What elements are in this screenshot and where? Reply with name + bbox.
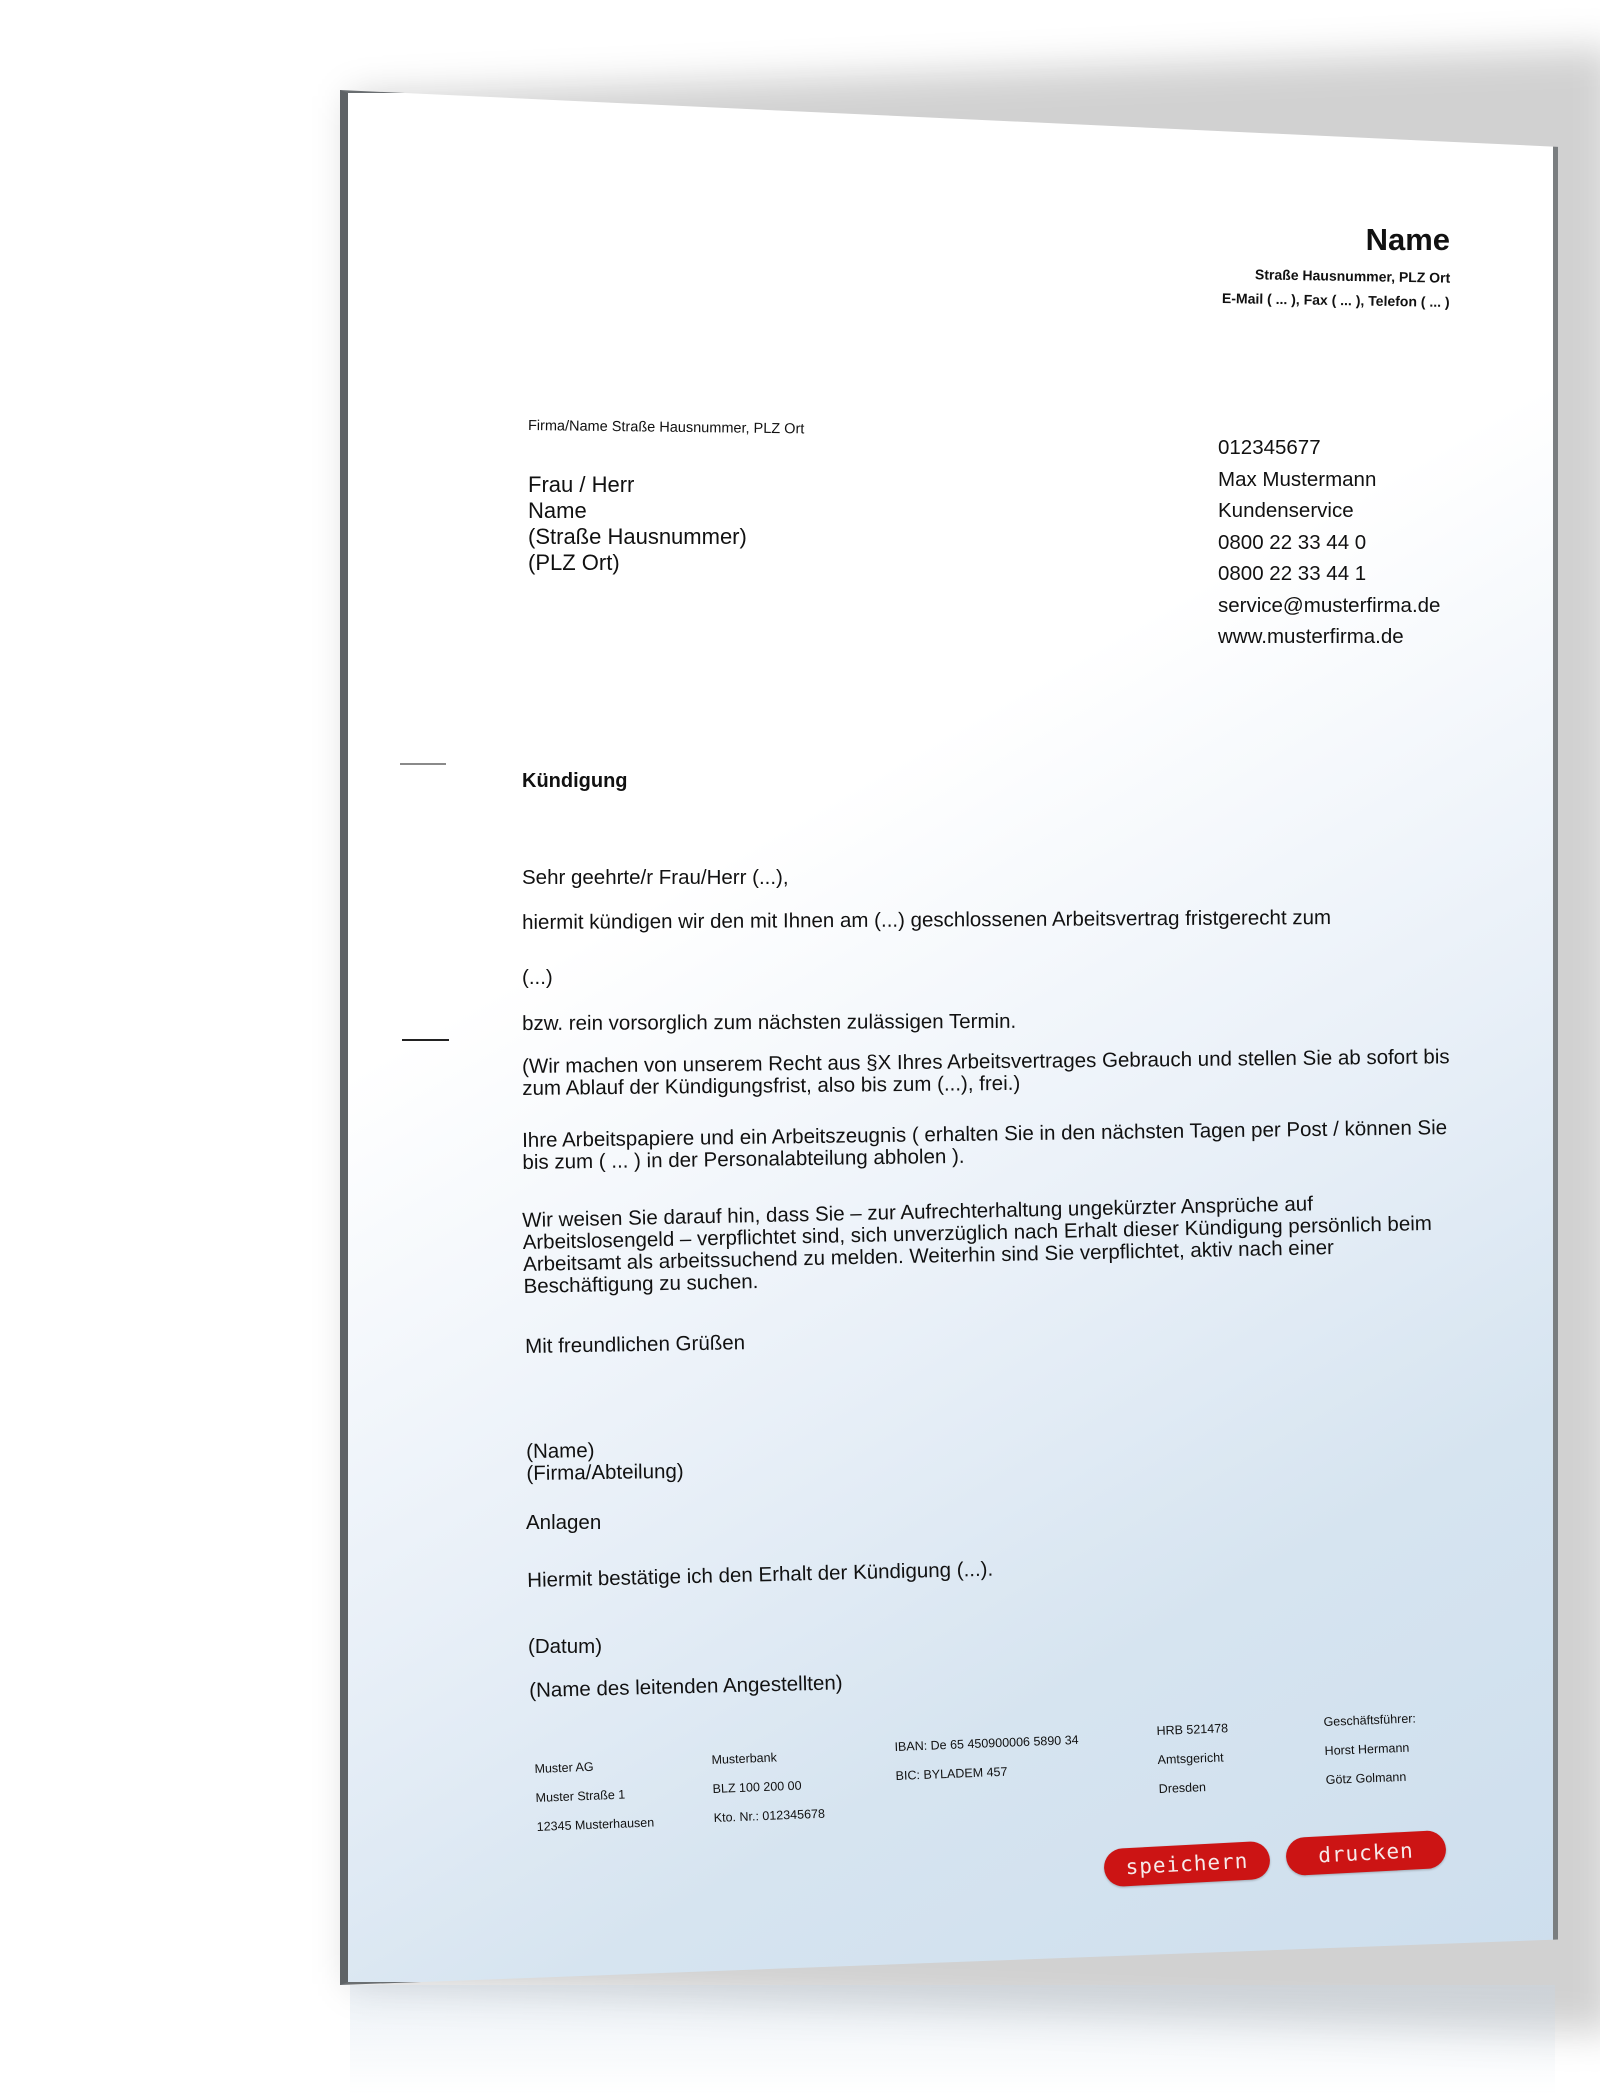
letter-subject: Kündigung (522, 770, 628, 793)
document-preview: Name Straße Hausnummer, PLZ Ort E-Mail (… (0, 0, 1600, 2100)
fold-mark (400, 763, 446, 765)
footer-management: Geschäftsführer: Horst Hermann Götz Golm… (1323, 1704, 1419, 1794)
footer-line: 12345 Musterhausen (536, 1808, 654, 1841)
footer-register: HRB 521478 Amtsgericht Dresden (1156, 1714, 1231, 1804)
body-paragraph: Wir weisen Sie darauf hin, dass Sie – zu… (522, 1191, 1433, 1298)
footer-line: Dresden (1158, 1772, 1231, 1804)
recipient-address: Frau / Herr Name (Straße Hausnummer) (PL… (528, 472, 747, 576)
save-button[interactable]: speichern (1103, 1841, 1271, 1888)
letter-content: Name Straße Hausnummer, PLZ Ort E-Mail (… (0, 0, 1600, 2100)
contact-block: 012345677 Max Mustermann Kundenservice 0… (1218, 432, 1440, 653)
footer-company: Muster AG Muster Straße 1 12345 Musterha… (534, 1750, 655, 1841)
recipient-line: (Straße Hausnummer) (528, 524, 747, 550)
contact-website: www.musterfirma.de (1218, 621, 1440, 653)
contact-person: Max Mustermann (1218, 464, 1440, 496)
footer-line: Muster Straße 1 (535, 1779, 653, 1812)
contact-fax: 0800 22 33 44 1 (1218, 558, 1440, 590)
footer-line: Geschäftsführer: (1323, 1704, 1416, 1737)
body-paragraph: bzw. rein vorsorglich zum nächsten zuläs… (522, 1011, 1016, 1035)
contact-department: Kundenservice (1218, 495, 1440, 527)
footer-line: Amtsgericht (1157, 1743, 1230, 1775)
footer-iban: IBAN: De 65 450900006 5890 34 BIC: BYLAD… (894, 1726, 1080, 1791)
body-paragraph: hiermit kündigen wir den mit Ihnen am (.… (522, 907, 1331, 934)
recipient-line: Name (528, 498, 747, 524)
print-button[interactable]: drucken (1285, 1830, 1447, 1876)
footer-line: HRB 521478 (1156, 1714, 1229, 1746)
body-paragraph: (...) (522, 967, 553, 989)
recipient-line: Frau / Herr (528, 472, 747, 498)
footer-line: BIC: BYLADEM 457 (895, 1755, 1080, 1791)
body-paragraph: (Wir machen von unserem Recht aus §X Ihr… (522, 1046, 1450, 1100)
sender-return-line: Firma/Name Straße Hausnummer, PLZ Ort (528, 418, 805, 437)
salutation: Sehr geehrte/r Frau/Herr (...), (522, 867, 789, 889)
letterhead-address: Straße Hausnummer, PLZ Ort (1255, 266, 1451, 285)
closing: Mit freundlichen Grüßen (525, 1332, 745, 1358)
employee-name-placeholder: (Name des leitenden Angestellten) (529, 1672, 843, 1702)
fold-mark (402, 1039, 449, 1041)
footer-bank: Musterbank BLZ 100 200 00 Kto. Nr.: 0123… (711, 1742, 825, 1833)
footer-line: Götz Golmann (1325, 1762, 1418, 1795)
recipient-line: (PLZ Ort) (528, 550, 747, 576)
footer-line: BLZ 100 200 00 (712, 1771, 824, 1804)
footer-line: Horst Hermann (1324, 1733, 1417, 1766)
contact-phone: 0800 22 33 44 0 (1218, 527, 1440, 559)
attachments-label: Anlagen (526, 1512, 601, 1534)
signature-department: (Firma/Abteilung) (526, 1461, 684, 1485)
footer-line: Musterbank (711, 1742, 823, 1775)
date-placeholder: (Datum) (528, 1636, 602, 1658)
letterhead-name: Name (1366, 222, 1450, 258)
footer-line: Muster AG (534, 1750, 652, 1783)
letterhead-contact: E-Mail ( ... ), Fax ( ... ), Telefon ( .… (1222, 290, 1450, 310)
footer-line: Kto. Nr.: 012345678 (713, 1800, 825, 1833)
receipt-confirmation: Hiermit bestätige ich den Erhalt der Kün… (527, 1559, 993, 1592)
contact-email: service@musterfirma.de (1218, 590, 1440, 622)
signature-block: (Name) (Firma/Abteilung) (526, 1439, 684, 1485)
contact-reference: 012345677 (1218, 432, 1440, 464)
body-paragraph: Ihre Arbeitspapiere und ein Arbeitszeugn… (522, 1117, 1448, 1174)
